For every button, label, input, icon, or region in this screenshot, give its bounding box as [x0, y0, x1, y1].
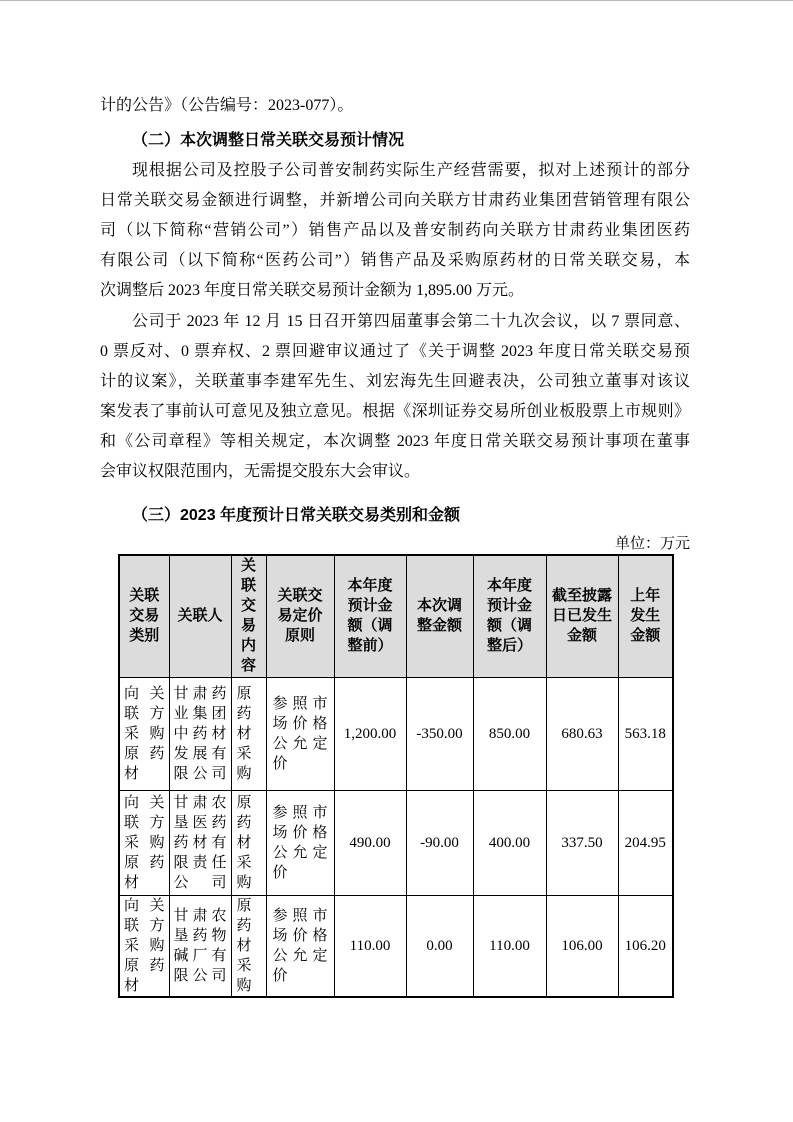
table-cell: 337.50 [546, 790, 618, 895]
col-header-prior-year-amount: 上年发生金额 [618, 555, 673, 677]
table-header-row: 关联交易类别 关联人 关联交易内容 关联交易定价原则 本年度预计金额（调整前） … [119, 555, 673, 677]
table-cell: 甘肃农垦医药药材有限责任公司 [169, 790, 231, 895]
table-cell: 参照市场价格公允定价 [266, 895, 334, 997]
body-text-line: 和《公司章程》等相关规定，本次调整 2023 年度日常关联交易预计事项在董事 [100, 427, 690, 457]
col-header-transaction-category: 关联交易类别 [119, 555, 169, 677]
col-header-transaction-content: 关联交易内容 [231, 555, 266, 677]
section-heading-ii: （二）本次调整日常关联交易预计情况 [100, 126, 690, 156]
paragraph-2: 公司于 2023 年 12 月 15 日召开第四届董事会第二十九次会议，以 7 … [100, 307, 690, 487]
table-cell: 甘肃药业集团中药材发展有限公司 [169, 677, 231, 790]
table-cell: 850.00 [473, 677, 546, 790]
table-cell: 110.00 [334, 895, 406, 997]
section-heading-iii: （三）2023 年度预计日常关联交易类别和金额 [100, 501, 690, 531]
paragraph-1: 现根据公司及控股子公司普安制药实际生产经营需要，拟对上述预计的部分 日常关联交易… [100, 156, 690, 306]
body-text-line: 会审议权限范围内，无需提交股东大会审议。 [100, 457, 690, 487]
table-row: 向关联方采购原药材 甘肃农垦药物碱厂有限公司 原药材采购 参照市场价格公允定价 … [119, 895, 673, 997]
col-header-estimate-after: 本年度预计金额（调整后） [473, 555, 546, 677]
table-cell: 原药材采购 [231, 895, 266, 997]
table-row: 向关联方采购原药材 甘肃农垦医药药材有限责任公司 原药材采购 参照市场价格公允定… [119, 790, 673, 895]
table-cell: 680.63 [546, 677, 618, 790]
table-cell: 490.00 [334, 790, 406, 895]
table-cell: -90.00 [406, 790, 473, 895]
table-cell: -350.00 [406, 677, 473, 790]
related-party-transactions-table: 关联交易类别 关联人 关联交易内容 关联交易定价原则 本年度预计金额（调整前） … [118, 554, 674, 998]
body-text-line: 有限公司（以下简称“医药公司”）销售产品及采购原药材的日常关联交易，本 [100, 246, 690, 276]
body-text-line: 0 票反对、0 票弃权、2 票回避审议通过了《关于调整 2023 年度日常关联交… [100, 337, 690, 367]
table-cell: 106.20 [618, 895, 673, 997]
col-header-related-party: 关联人 [169, 555, 231, 677]
table-cell: 甘肃农垦药物碱厂有限公司 [169, 895, 231, 997]
document-page: 计的公告》（公告编号：2023-077）。 （二）本次调整日常关联交易预计情况 … [0, 0, 793, 1122]
body-text-line: 现根据公司及控股子公司普安制药实际生产经营需要，拟对上述预计的部分 [100, 156, 690, 186]
col-header-estimate-before: 本年度预计金额（调整前） [334, 555, 406, 677]
table-cell: 563.18 [618, 677, 673, 790]
table-cell: 向关联方采购原药材 [119, 895, 169, 997]
table-cell: 向关联方采购原药材 [119, 677, 169, 790]
body-text-line: 日常关联交易金额进行调整，并新增公司向关联方甘肃药业集团营销管理有限公 [100, 186, 690, 216]
unit-label: 单位：万元 [100, 532, 690, 556]
table-cell: 向关联方采购原药材 [119, 790, 169, 895]
body-text-line: 次调整后 2023 年度日常关联交易预计金额为 1,895.00 万元。 [100, 276, 690, 306]
body-text-line: 案发表了事前认可意见及独立意见。根据《深圳证券交易所创业板股票上市规则》 [100, 397, 690, 427]
table-cell: 参照市场价格公允定价 [266, 677, 334, 790]
body-text-line: 公司于 2023 年 12 月 15 日召开第四届董事会第二十九次会议，以 7 … [100, 307, 690, 337]
col-header-pricing-principle: 关联交易定价原则 [266, 555, 334, 677]
table-cell: 106.00 [546, 895, 618, 997]
table-cell: 原药材采购 [231, 790, 266, 895]
table-cell: 参照市场价格公允定价 [266, 790, 334, 895]
col-header-incurred-to-date: 截至披露日已发生金额 [546, 555, 618, 677]
table-cell: 204.95 [618, 790, 673, 895]
col-header-adjustment-amount: 本次调整金额 [406, 555, 473, 677]
table-row: 向关联方采购原药材 甘肃药业集团中药材发展有限公司 原药材采购 参照市场价格公允… [119, 677, 673, 790]
paragraph-continuation: 计的公告》（公告编号：2023-077）。 [100, 91, 690, 121]
table-cell: 0.00 [406, 895, 473, 997]
body-text-line: 司（以下简称“营销公司”）销售产品以及普安制药向关联方甘肃药业集团医药 [100, 216, 690, 246]
body-text-line: 计的议案》，关联董事李建军先生、刘宏海先生回避表决，公司独立董事对该议 [100, 367, 690, 397]
table-cell: 原药材采购 [231, 677, 266, 790]
body-text-line: 计的公告》（公告编号：2023-077）。 [100, 91, 690, 121]
table-cell: 110.00 [473, 895, 546, 997]
table-cell: 1,200.00 [334, 677, 406, 790]
table-cell: 400.00 [473, 790, 546, 895]
